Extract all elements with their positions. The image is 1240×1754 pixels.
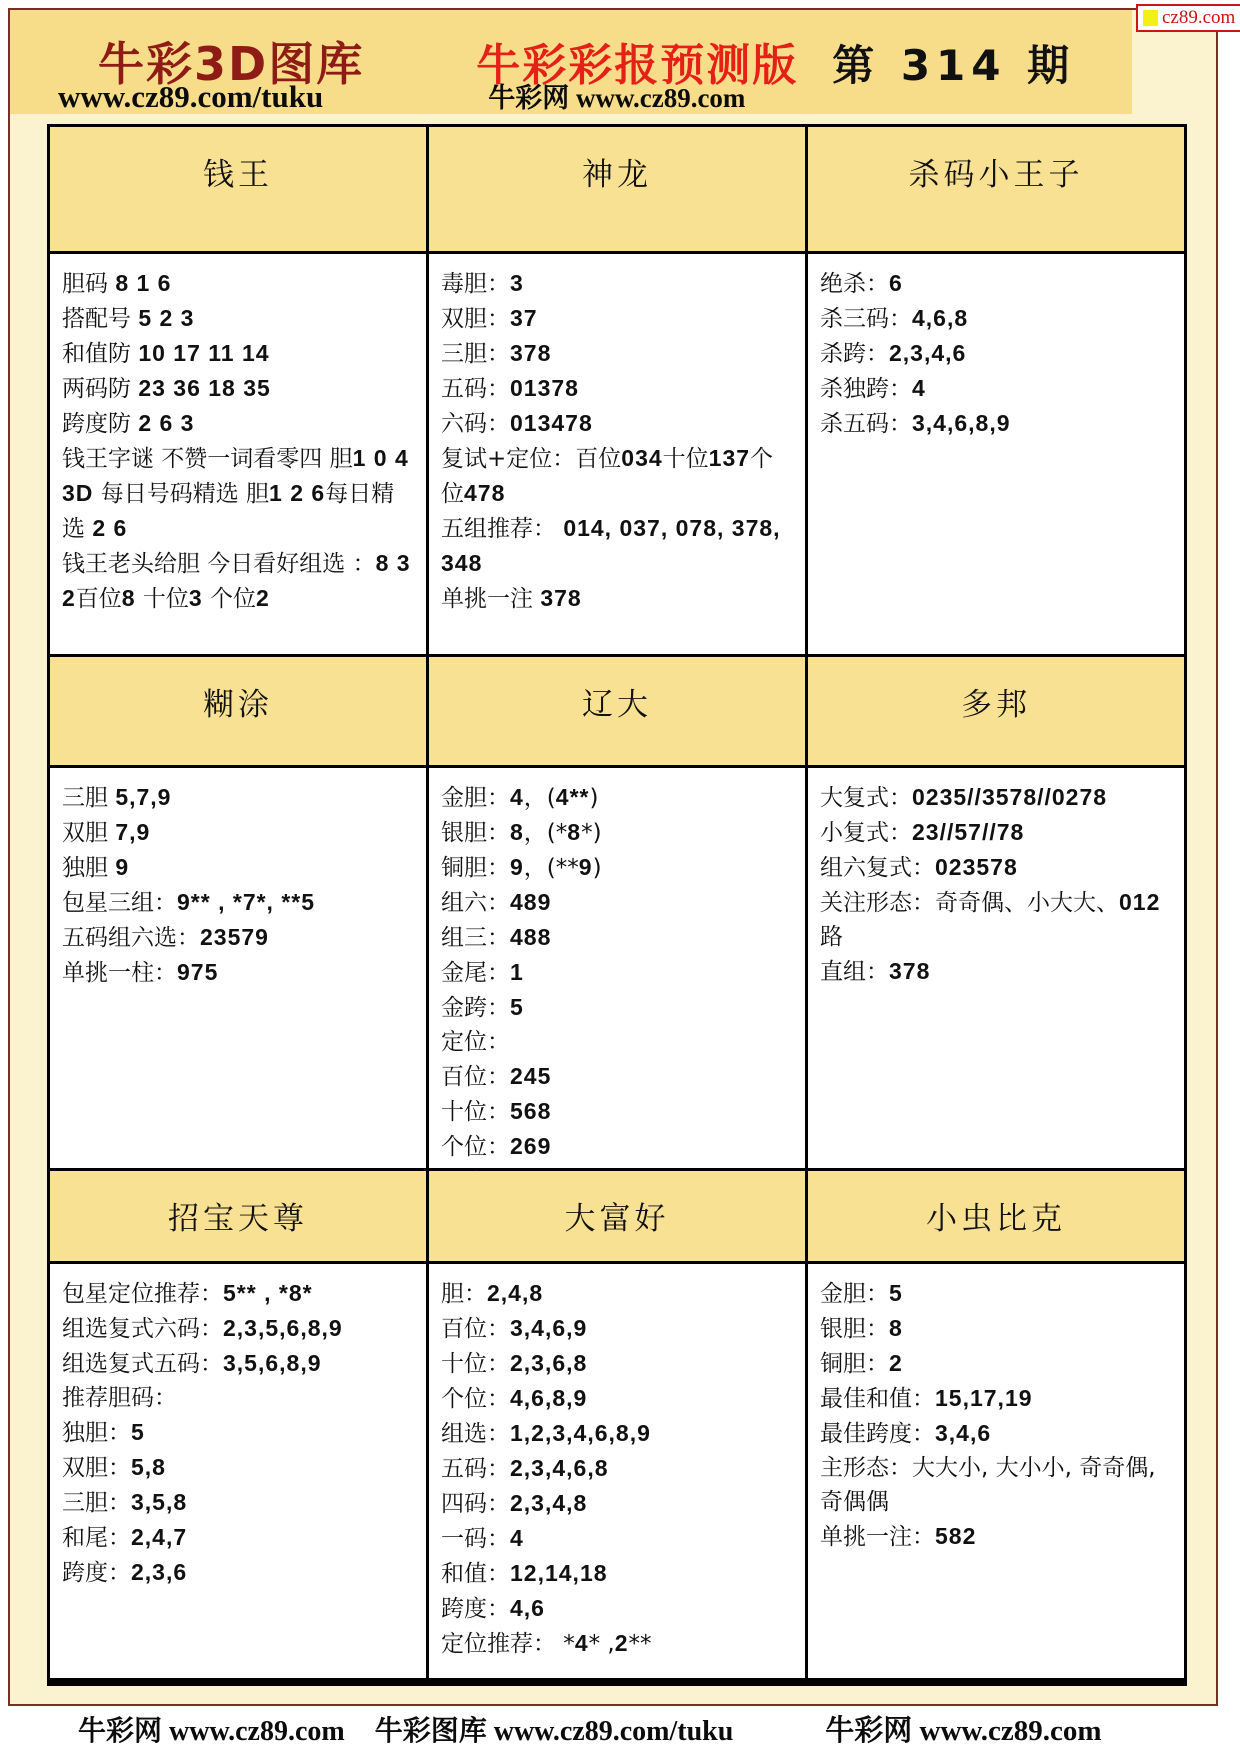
prediction-line: 和值防 10 17 11 14	[62, 336, 416, 371]
prediction-line: 独胆 9	[62, 850, 416, 885]
expert-content-hutu: 三胆 5,7,9双胆 7,9独胆 9包星三组：9** , *7*, **5五码组…	[50, 768, 426, 1168]
prediction-line: 双胆：5,8	[62, 1450, 416, 1485]
expert-content-qianwang: 胆码 8 1 6搭配号 5 2 3和值防 10 17 11 14两码防 23 3…	[50, 254, 426, 654]
expert-content-xiaochongbike: 金胆：5银胆：8铜胆：2最佳和值：15,17,19最佳跨度：3,4,6主形态：大…	[808, 1264, 1184, 1678]
prediction-line: 四码：2,3,4,8	[441, 1486, 795, 1521]
prediction-line: 最佳跨度：3,4,6	[820, 1416, 1174, 1451]
prediction-line: 单挑一注 378	[441, 581, 795, 616]
prediction-line: 直组：378	[820, 954, 1174, 989]
prediction-line: 一码：4	[441, 1521, 795, 1556]
expert-header-qianwang: 钱王	[50, 127, 426, 251]
prediction-line: 杀独跨：4	[820, 371, 1174, 406]
prediction-line: 关注形态：奇奇偶、小大大、012路	[820, 885, 1174, 954]
expert-header-duobang: 多邦	[808, 657, 1184, 765]
prediction-line: 双胆：37	[441, 301, 795, 336]
footer-site-url: 牛彩网 www.cz89.com	[78, 1709, 345, 1749]
prediction-line: 推荐胆码：	[62, 1381, 416, 1415]
issue-number: 第 314 期	[832, 33, 1075, 93]
prediction-line: 跨度防 2 6 3	[62, 406, 416, 441]
page-footer: 牛彩网 www.cz89.com 牛彩图库 www.cz89.com/tuku …	[0, 1708, 1240, 1749]
prediction-line: 和尾：2,4,7	[62, 1520, 416, 1555]
prediction-line: 复试+定位：百位034十位137个位478	[441, 441, 795, 511]
prediction-line: 组选复式五码：3,5,6,8,9	[62, 1346, 416, 1381]
prediction-line: 杀三码：4,6,8	[820, 301, 1174, 336]
badge-yellow-square-icon	[1143, 10, 1158, 26]
expert-header-zhaobaotianzun: 招宝天尊	[50, 1171, 426, 1261]
prediction-line: 组六：489	[441, 885, 795, 920]
prediction-line: 银胆：8，(*8*)	[441, 815, 795, 850]
prediction-line: 百位：3,4,6,9	[441, 1311, 795, 1346]
prediction-line: 金尾：1	[441, 955, 795, 990]
prediction-line: 单挑一柱：975	[62, 955, 416, 990]
prediction-line: 三胆：3,5,8	[62, 1485, 416, 1520]
expert-header-shenlong: 神龙	[429, 127, 805, 251]
prediction-line: 双胆 7,9	[62, 815, 416, 850]
prediction-line: 包星三组：9** , *7*, **5	[62, 885, 416, 920]
prediction-line: 钱王老头给胆 今日看好组选 ：8 3 2百位8 十位3 个位2	[62, 546, 416, 616]
prediction-line: 五组推荐： 014, 037, 078, 378, 348	[441, 511, 795, 581]
expert-header-shamaxiaowangzi: 杀码小王子	[808, 127, 1184, 251]
prediction-line: 最佳和值：15,17,19	[820, 1381, 1174, 1416]
expert-content-zhaobaotianzun: 包星定位推荐：5** , *8*组选复式六码：2,3,5,6,8,9组选复式五码…	[50, 1264, 426, 1678]
prediction-line: 组选复式六码：2,3,5,6,8,9	[62, 1311, 416, 1346]
prediction-line: 跨度：4,6	[441, 1591, 795, 1626]
prediction-line: 个位：4,6,8,9	[441, 1381, 795, 1416]
prediction-line: 金胆：5	[820, 1276, 1174, 1311]
prediction-line: 单挑一注：582	[820, 1519, 1174, 1554]
prediction-line: 金胆：4，(4**)	[441, 780, 795, 815]
expert-content-liaoda: 金胆：4，(4**)银胆：8，(*8*)铜胆：9，(**9)组六：489组三：4…	[429, 768, 805, 1168]
expert-header-liaoda: 辽大	[429, 657, 805, 765]
prediction-line: 搭配号 5 2 3	[62, 301, 416, 336]
prediction-line: 组三：488	[441, 920, 795, 955]
footer-tuku-url: 牛彩图库 www.cz89.com/tuku	[375, 1709, 734, 1749]
banner-url-row: www.cz89.com/tuku 牛彩网 www.cz89.com	[58, 76, 745, 115]
tuku-url: www.cz89.com/tuku	[58, 79, 323, 115]
prediction-line: 金跨：5	[441, 990, 795, 1025]
prediction-line: 3D 每日号码精选 胆1 2 6每日精选 2 6	[62, 476, 416, 546]
prediction-line: 定位：	[441, 1025, 795, 1059]
top-banner: 牛彩3D图库 牛彩彩报预测版 第 314 期 www.cz89.com/tuku…	[10, 10, 1132, 114]
prediction-line: 铜胆：2	[820, 1346, 1174, 1381]
prediction-line: 三胆：378	[441, 336, 795, 371]
prediction-line: 铜胆：9，(**9)	[441, 850, 795, 885]
prediction-line: 十位：568	[441, 1094, 795, 1129]
prediction-line: 大复式：0235//3578//0278	[820, 780, 1174, 815]
page-frame: 牛彩3D图库 牛彩彩报预测版 第 314 期 www.cz89.com/tuku…	[8, 8, 1218, 1706]
prediction-line: 毒胆：3	[441, 266, 795, 301]
prediction-line: 包星定位推荐：5** , *8*	[62, 1276, 416, 1311]
expert-header-hutu: 糊涂	[50, 657, 426, 765]
prediction-line: 三胆 5,7,9	[62, 780, 416, 815]
expert-content-duobang: 大复式：0235//3578//0278小复式：23//57//78组六复式：0…	[808, 768, 1184, 1168]
prediction-line: 五码：01378	[441, 371, 795, 406]
prediction-line: 和值：12,14,18	[441, 1556, 795, 1591]
expert-content-shamaxiaowangzi: 绝杀：6杀三码：4,6,8杀跨：2,3,4,6杀独跨：4杀五码：3,4,6,8,…	[808, 254, 1184, 654]
prediction-line: 个位：269	[441, 1129, 795, 1164]
prediction-line: 百位：245	[441, 1059, 795, 1094]
badge-domain-text: cz89.com	[1162, 7, 1235, 29]
prediction-table: 钱王 神龙 杀码小王子 胆码 8 1 6搭配号 5 2 3和值防 10 17 1…	[47, 124, 1187, 1686]
prediction-line: 主形态：大大小, 大小小, 奇奇偶, 奇偶偶	[820, 1451, 1174, 1519]
prediction-line: 绝杀：6	[820, 266, 1174, 301]
expert-content-shenlong: 毒胆：3双胆：37三胆：378五码：01378六码：013478复试+定位：百位…	[429, 254, 805, 654]
site-url: 牛彩网 www.cz89.com	[488, 76, 745, 115]
prediction-line: 两码防 23 36 18 35	[62, 371, 416, 406]
prediction-line: 跨度：2,3,6	[62, 1555, 416, 1590]
prediction-line: 六码：013478	[441, 406, 795, 441]
prediction-line: 组选：1,2,3,4,6,8,9	[441, 1416, 795, 1451]
prediction-line: 组六复式：023578	[820, 850, 1174, 885]
expert-header-dafuhao: 大富好	[429, 1171, 805, 1261]
footer-site-url-2: 牛彩网 www.cz89.com	[825, 1708, 1101, 1749]
prediction-line: 定位推荐： *4* ,2**	[441, 1626, 795, 1661]
prediction-line: 钱王字谜 不赞一词看零四 胆1 0 4	[62, 441, 416, 476]
prediction-line: 五码组六选：23579	[62, 920, 416, 955]
prediction-line: 杀五码：3,4,6,8,9	[820, 406, 1174, 441]
corner-badge: cz89.com	[1136, 4, 1240, 32]
prediction-line: 胆码 8 1 6	[62, 266, 416, 301]
expert-header-xiaochongbike: 小虫比克	[808, 1171, 1184, 1261]
expert-content-dafuhao: 胆：2,4,8百位：3,4,6,9十位：2,3,6,8个位：4,6,8,9组选：…	[429, 1264, 805, 1678]
prediction-line: 独胆：5	[62, 1415, 416, 1450]
prediction-line: 银胆：8	[820, 1311, 1174, 1346]
prediction-line: 杀跨：2,3,4,6	[820, 336, 1174, 371]
prediction-line: 十位：2,3,6,8	[441, 1346, 795, 1381]
prediction-line: 小复式：23//57//78	[820, 815, 1174, 850]
prediction-line: 胆：2,4,8	[441, 1276, 795, 1311]
prediction-line: 五码：2,3,4,6,8	[441, 1451, 795, 1486]
